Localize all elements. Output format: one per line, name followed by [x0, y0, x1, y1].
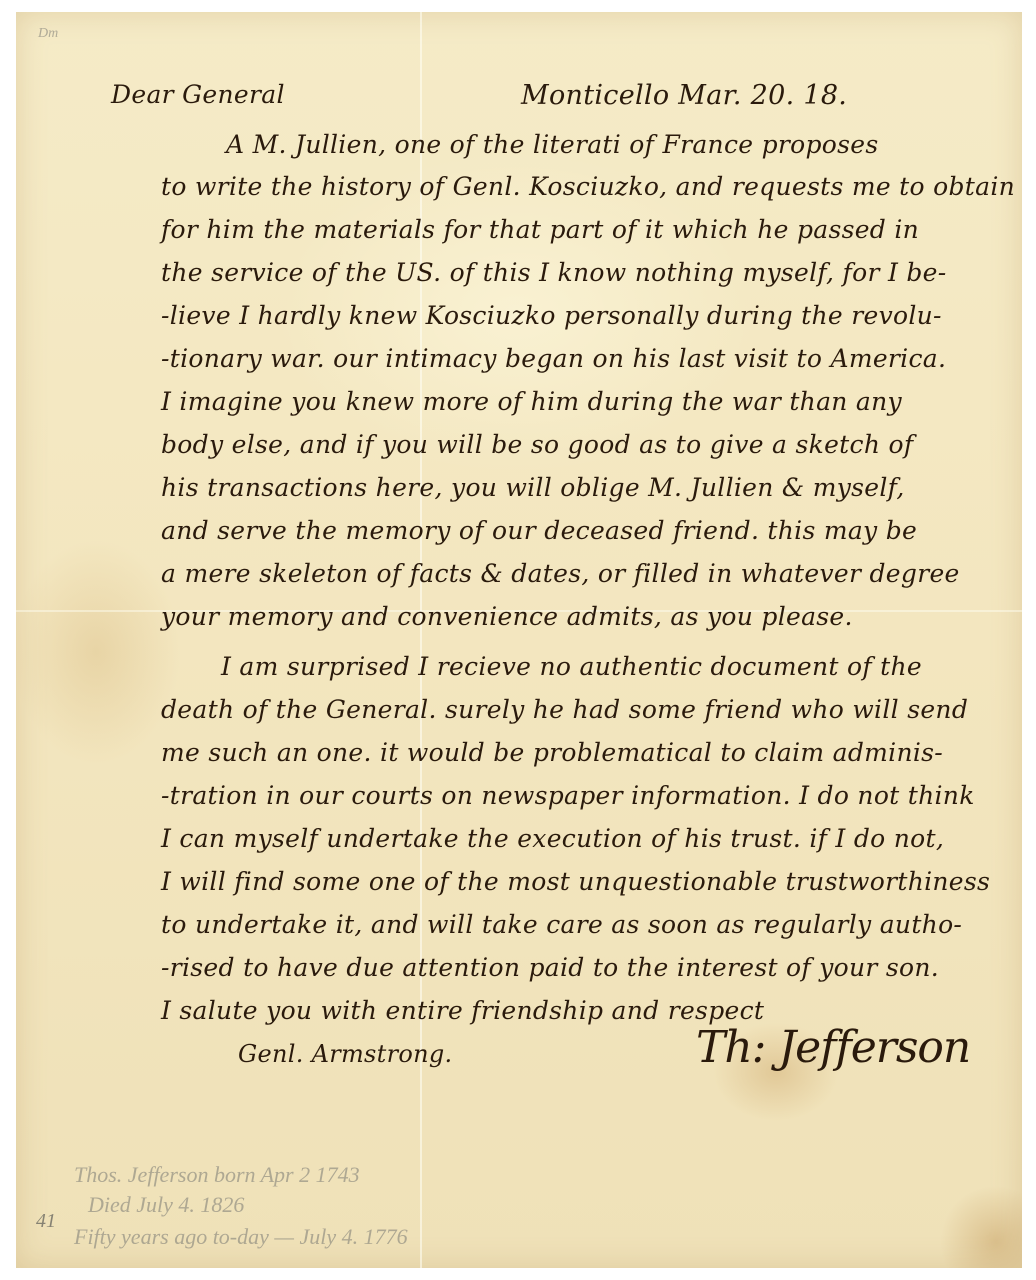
body-line: A M. Jullien, one of the literati of Fra… [226, 130, 879, 159]
body-line: death of the General. surely he had some… [161, 695, 968, 724]
pencil-note: Died July 4. 1826 [88, 1192, 244, 1218]
pencil-note: Fifty years ago to-day — July 4. 1776 [74, 1224, 408, 1250]
body-line: a mere skeleton of facts & dates, or fil… [161, 559, 960, 588]
body-line: and serve the memory of our deceased fri… [161, 516, 917, 545]
body-line: to undertake it, and will take care as s… [161, 910, 962, 939]
body-line: for him the materials for that part of i… [161, 215, 919, 244]
body-line: -tionary war. our intimacy began on his … [161, 344, 946, 373]
body-line: -tration in our courts on newspaper info… [161, 781, 975, 810]
body-line: the service of the US. of this I know no… [161, 258, 947, 287]
body-line: I can myself undertake the execution of … [161, 824, 944, 853]
body-line: body else, and if you will be so good as… [161, 430, 913, 459]
body-line: me such an one. it would be problematica… [161, 738, 943, 767]
pencil-note: Thos. Jefferson born Apr 2 1743 [74, 1162, 360, 1188]
signature: Th: Jefferson [696, 1022, 970, 1073]
body-line: to write the history of Genl. Kosciuzko,… [161, 172, 1015, 201]
body-line: -rised to have due attention paid to the… [161, 953, 939, 982]
body-line: I am surprised I recieve no authentic do… [221, 652, 922, 681]
body-line: your memory and convenience admits, as y… [161, 602, 853, 631]
addressee: Genl. Armstrong. [238, 1040, 452, 1068]
letter-page: Dm Dear General Monticello Mar. 20. 18. … [16, 12, 1022, 1268]
salutation: Dear General [111, 80, 285, 109]
margin-number: 41 [36, 1210, 56, 1233]
corner-pencil-mark: Dm [38, 26, 58, 42]
body-line: his transactions here, you will oblige M… [161, 473, 905, 502]
body-line: I imagine you knew more of him during th… [161, 387, 902, 416]
closing-line: I salute you with entire friendship and … [161, 996, 764, 1025]
dateline: Monticello Mar. 20. 18. [521, 80, 847, 111]
body-line: -lieve I hardly knew Kosciuzko personall… [161, 301, 942, 330]
body-line: I will find some one of the most unquest… [161, 867, 990, 896]
